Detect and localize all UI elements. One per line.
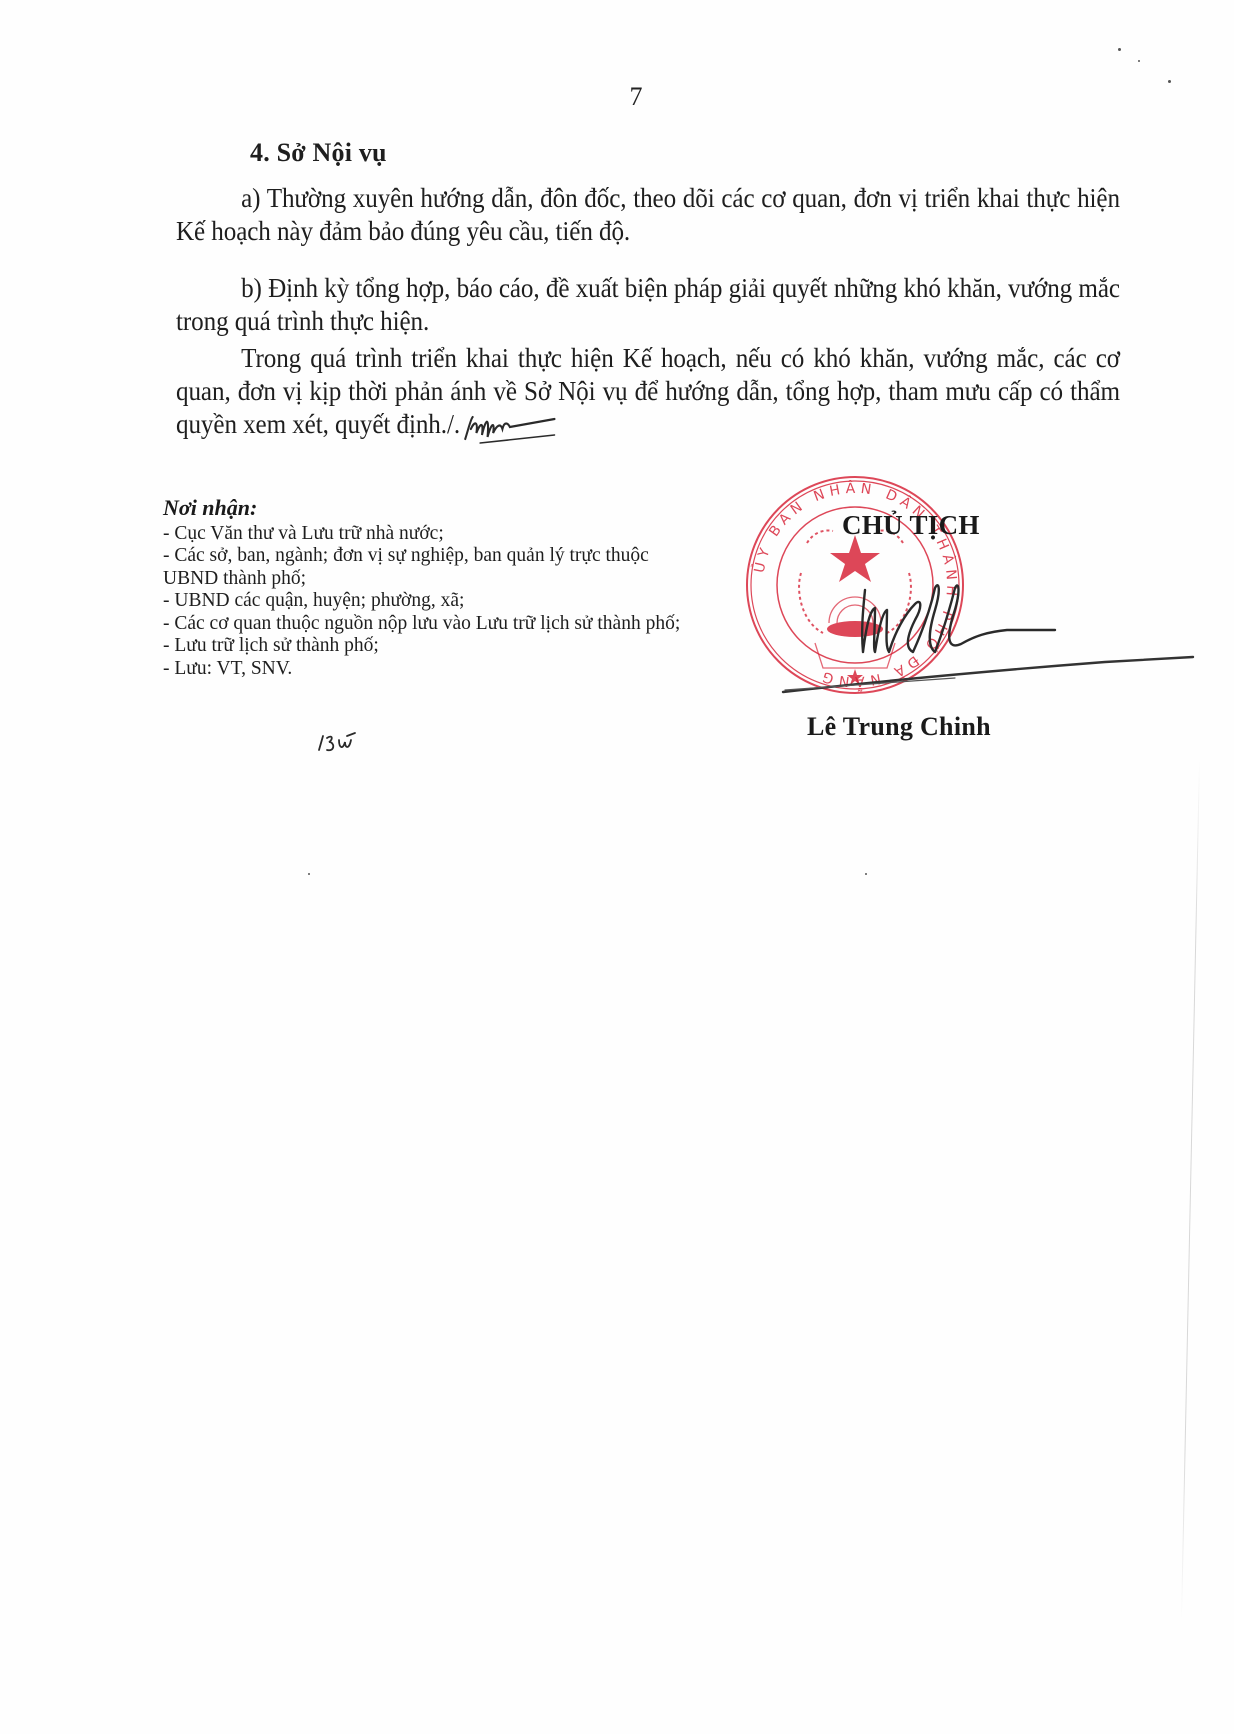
closing-paragraph: Trong quá trình triển khai thực hiện Kế … [176, 342, 1120, 445]
recipient-item: - Các cơ quan thuộc nguồn nộp lưu vào Lư… [163, 613, 703, 636]
recipient-item: - UBND các quận, huyện; phường, xã; [163, 590, 703, 613]
scan-artifact-line [1181, 760, 1200, 1620]
paragraph-a-text: a) Thường xuyên hướng dẫn, đôn đốc, theo… [176, 183, 1120, 246]
paragraph-b: b) Định kỳ tổng hợp, báo cáo, đề xuất bi… [176, 272, 1120, 338]
signer-title: CHỦ TỊCH [842, 510, 980, 541]
handwritten-note-icon [315, 730, 365, 756]
closing-paragraph-text: Trong quá trình triển khai thực hiện Kế … [176, 343, 1120, 439]
recipients-block: Nơi nhận: - Cục Văn thư và Lưu trữ nhà n… [163, 497, 703, 680]
page-number: 7 [19, 82, 1234, 112]
recipient-item: - Lưu trữ lịch sử thành phố; [163, 635, 703, 658]
section-heading: 4. Sở Nội vụ [250, 138, 387, 168]
signer-name: Lê Trung Chinh [807, 712, 991, 742]
recipients-title: Nơi nhận: [163, 497, 703, 520]
document-page: 7 4. Sở Nội vụ a) Thường xuyên hướng dẫn… [0, 0, 1234, 1734]
signature-block: ỦY BAN NHÂN DÂN THÀNH PHỐ ĐÀ NẴNG CHỦ TỊ… [735, 470, 1195, 750]
handwritten-signature-icon [775, 560, 1195, 700]
recipient-item: - Cục Văn thư và Lưu trữ nhà nước; [163, 523, 703, 546]
scan-speck [1138, 60, 1140, 62]
recipient-item: - Lưu: VT, SNV. [163, 658, 703, 681]
scan-speck [1118, 48, 1121, 51]
scan-speck [865, 873, 867, 875]
initials-paraph-icon [462, 409, 564, 445]
recipient-item: - Các sở, ban, ngành; đơn vị sự nghiệp, … [163, 545, 703, 590]
paragraph-b-text: b) Định kỳ tổng hợp, báo cáo, đề xuất bi… [176, 273, 1120, 336]
scan-speck [308, 873, 310, 875]
paragraph-a: a) Thường xuyên hướng dẫn, đôn đốc, theo… [176, 182, 1120, 248]
